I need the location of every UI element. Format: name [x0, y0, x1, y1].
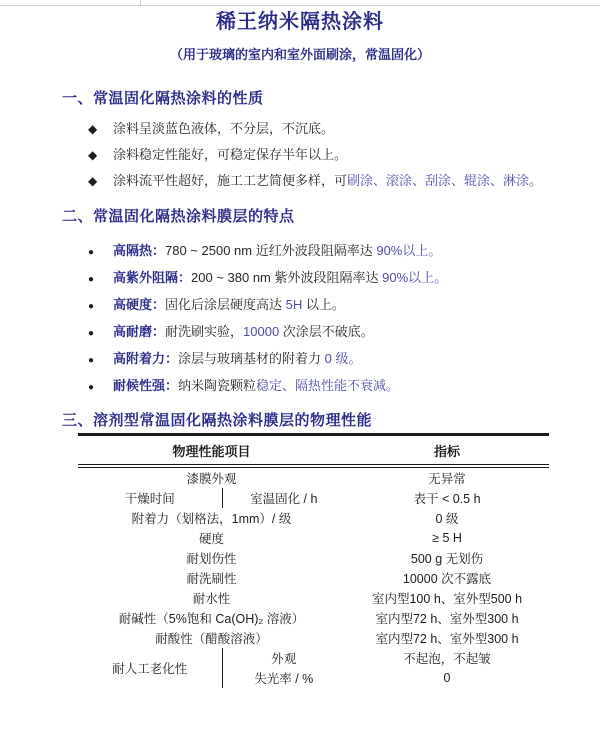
property-value-cell: 无异常 — [345, 466, 549, 488]
text-segment: 90%以上。 — [382, 270, 447, 285]
property-name-cell: 耐洗刷性 — [78, 568, 345, 588]
text-segment: 次涂层不破底。 — [279, 324, 374, 339]
circle-bullet-icon: ● — [88, 375, 113, 400]
page-subtitle: （用于玻璃的室内和室外面刷涂，常温固化） — [0, 46, 600, 64]
text-segment: 以上。 — [302, 297, 345, 312]
text-segment: 刷涂、滚涂、刮涂、辊涂、淋涂。 — [347, 173, 542, 188]
property-name-cell: 漆膜外观 — [78, 466, 345, 488]
text-segment: 高隔热： — [113, 243, 165, 258]
text-segment: 高硬度： — [113, 297, 165, 312]
table-body: 漆膜外观无异常干燥时间室温固化 / h表干 < 0.5 h附着力（划格法，1mm… — [78, 466, 549, 688]
table-row: 漆膜外观无异常 — [78, 466, 549, 488]
bullet-text: 涂料呈淡蓝色液体，不分层，不沉底。 — [113, 116, 334, 141]
property-subname-cell: 失光率 / % — [222, 668, 345, 688]
list-item: ●高硬度：固化后涂层硬度高达 5H 以上。 — [88, 292, 600, 319]
table-row: 耐水性室内型100 h、室外型500 h — [78, 588, 549, 608]
text-segment: 0 级。 — [325, 351, 362, 366]
text-segment: 稳定、隔热性能不衰减。 — [256, 378, 399, 393]
list-item: ◆涂料呈淡蓝色液体，不分层，不沉底。 — [88, 116, 600, 142]
list-item: ●高紫外阻隔：200 ~ 380 nm 紫外波段阻隔率达 90%以上。 — [88, 265, 600, 292]
scan-edge-tick — [140, 0, 141, 6]
table-row: 耐洗刷性10000 次不露底 — [78, 568, 549, 588]
property-name-cell: 干燥时间 — [78, 488, 222, 508]
bullet-text: 高紫外阻隔：200 ~ 380 nm 紫外波段阻隔率达 90%以上。 — [113, 265, 447, 290]
text-segment: 涂料流平性超好，施工工艺简便多样，可 — [113, 173, 347, 188]
property-name-cell: 耐人工老化性 — [78, 648, 222, 688]
list-item: ◆涂料流平性超好，施工工艺简便多样，可刷涂、滚涂、刮涂、辊涂、淋涂。 — [88, 168, 600, 194]
list-item: ◆涂料稳定性能好，可稳定保存半年以上。 — [88, 142, 600, 168]
property-name-cell: 耐碱性（5%饱和 Ca(OH)₂ 溶液） — [78, 608, 345, 628]
table-row: 耐碱性（5%饱和 Ca(OH)₂ 溶液）室内型72 h、室外型300 h — [78, 608, 549, 628]
property-value-cell: ≥ 5 H — [345, 528, 549, 548]
diamond-bullet-icon: ◆ — [88, 143, 113, 168]
table-header-row: 物理性能项目 指标 — [78, 435, 549, 467]
section-heading: 一、常温固化隔热涂料的性质 — [62, 89, 600, 108]
bullet-list: ●高隔热：780 ~ 2500 nm 近红外波段阻隔率达 90%以上。●高紫外阻… — [88, 238, 600, 400]
table-header-item: 物理性能项目 — [78, 435, 345, 467]
document-page: 稀王纳米隔热涂料 （用于玻璃的室内和室外面刷涂，常温固化） 一、常温固化隔热涂料… — [0, 0, 600, 731]
bullet-text: 高耐磨：耐洗刷实验，10000 次涂层不破底。 — [113, 319, 374, 344]
section-heading: 二、常温固化隔热涂料膜层的特点 — [62, 207, 600, 226]
property-name-cell: 耐酸性（醋酸溶液） — [78, 628, 345, 648]
text-segment: 高紫外阻隔： — [113, 270, 191, 285]
property-name-cell: 硬度 — [78, 528, 345, 548]
text-segment: 耐候性强： — [113, 378, 178, 393]
text-segment: 780 ~ 2500 nm 近红外波段阻隔率达 — [165, 243, 376, 258]
sections-container: 一、常温固化隔热涂料的性质◆涂料呈淡蓝色液体，不分层，不沉底。◆涂料稳定性能好，… — [0, 89, 600, 430]
property-value-cell: 室内型72 h、室外型300 h — [345, 628, 549, 648]
scan-edge-line — [0, 5, 600, 6]
table-row: 耐酸性（醋酸溶液）室内型72 h、室外型300 h — [78, 628, 549, 648]
text-segment: 固化后涂层硬度高达 — [165, 297, 286, 312]
list-item: ●高附着力：涂层与玻璃基材的附着力 0 级。 — [88, 346, 600, 373]
property-value-cell: 室内型100 h、室外型500 h — [345, 588, 549, 608]
text-segment: 涂料稳定性能好，可稳定保存半年以上。 — [113, 147, 347, 162]
property-subname-cell: 外观 — [222, 648, 345, 668]
property-name-cell: 耐划伤性 — [78, 548, 345, 568]
bullet-text: 耐候性强：纳米陶瓷颗粒稳定、隔热性能不衰减。 — [113, 373, 399, 398]
text-segment: 耐洗刷实验， — [165, 324, 243, 339]
circle-bullet-icon: ● — [88, 294, 113, 319]
property-value-cell: 不起泡，不起皱 — [345, 648, 549, 668]
list-item: ●高隔热：780 ~ 2500 nm 近红外波段阻隔率达 90%以上。 — [88, 238, 600, 265]
bullet-text: 高硬度：固化后涂层硬度高达 5H 以上。 — [113, 292, 345, 317]
property-value-cell: 10000 次不露底 — [345, 568, 549, 588]
text-segment: 10000 — [243, 324, 279, 339]
section-heading: 三、溶剂型常温固化隔热涂料膜层的物理性能 — [62, 411, 600, 430]
table-header-value: 指标 — [345, 435, 549, 467]
bullet-list: ◆涂料呈淡蓝色液体，不分层，不沉底。◆涂料稳定性能好，可稳定保存半年以上。◆涂料… — [88, 116, 600, 194]
text-segment: 200 ~ 380 nm 紫外波段阻隔率达 — [191, 270, 382, 285]
table-row: 干燥时间室温固化 / h表干 < 0.5 h — [78, 488, 549, 508]
property-value-cell: 室内型72 h、室外型300 h — [345, 608, 549, 628]
bullet-text: 涂料流平性超好，施工工艺简便多样，可刷涂、滚涂、刮涂、辊涂、淋涂。 — [113, 168, 542, 193]
property-value-cell: 表干 < 0.5 h — [345, 488, 549, 508]
text-segment: 5H — [286, 297, 303, 312]
table-row: 硬度≥ 5 H — [78, 528, 549, 548]
list-item: ●高耐磨：耐洗刷实验，10000 次涂层不破底。 — [88, 319, 600, 346]
physical-properties-table: 物理性能项目 指标 漆膜外观无异常干燥时间室温固化 / h表干 < 0.5 h附… — [78, 433, 549, 688]
table-row: 附着力（划格法，1mm）/ 级0 级 — [78, 508, 549, 528]
bullet-text: 高隔热：780 ~ 2500 nm 近红外波段阻隔率达 90%以上。 — [113, 238, 441, 263]
text-segment: 高耐磨： — [113, 324, 165, 339]
text-segment: 纳米陶瓷颗粒 — [178, 378, 256, 393]
property-name-cell: 附着力（划格法，1mm）/ 级 — [78, 508, 345, 528]
bullet-text: 涂料稳定性能好，可稳定保存半年以上。 — [113, 142, 347, 167]
bullet-text: 高附着力：涂层与玻璃基材的附着力 0 级。 — [113, 346, 361, 371]
diamond-bullet-icon: ◆ — [88, 117, 113, 142]
circle-bullet-icon: ● — [88, 240, 113, 265]
property-name-cell: 耐水性 — [78, 588, 345, 608]
list-item: ●耐候性强：纳米陶瓷颗粒稳定、隔热性能不衰减。 — [88, 373, 600, 400]
circle-bullet-icon: ● — [88, 321, 113, 346]
property-value-cell: 500 g 无划伤 — [345, 548, 549, 568]
text-segment: 涂层与玻璃基材的附着力 — [178, 351, 325, 366]
text-segment: 涂料呈淡蓝色液体，不分层，不沉底。 — [113, 121, 334, 136]
property-value-cell: 0 级 — [345, 508, 549, 528]
text-segment: 高附着力： — [113, 351, 178, 366]
table-row: 耐人工老化性外观不起泡，不起皱 — [78, 648, 549, 668]
circle-bullet-icon: ● — [88, 267, 113, 292]
diamond-bullet-icon: ◆ — [88, 169, 113, 194]
property-subname-cell: 室温固化 / h — [222, 488, 345, 508]
property-value-cell: 0 — [345, 668, 549, 688]
text-segment: 90%以上。 — [376, 243, 441, 258]
circle-bullet-icon: ● — [88, 348, 113, 373]
table-row: 耐划伤性500 g 无划伤 — [78, 548, 549, 568]
